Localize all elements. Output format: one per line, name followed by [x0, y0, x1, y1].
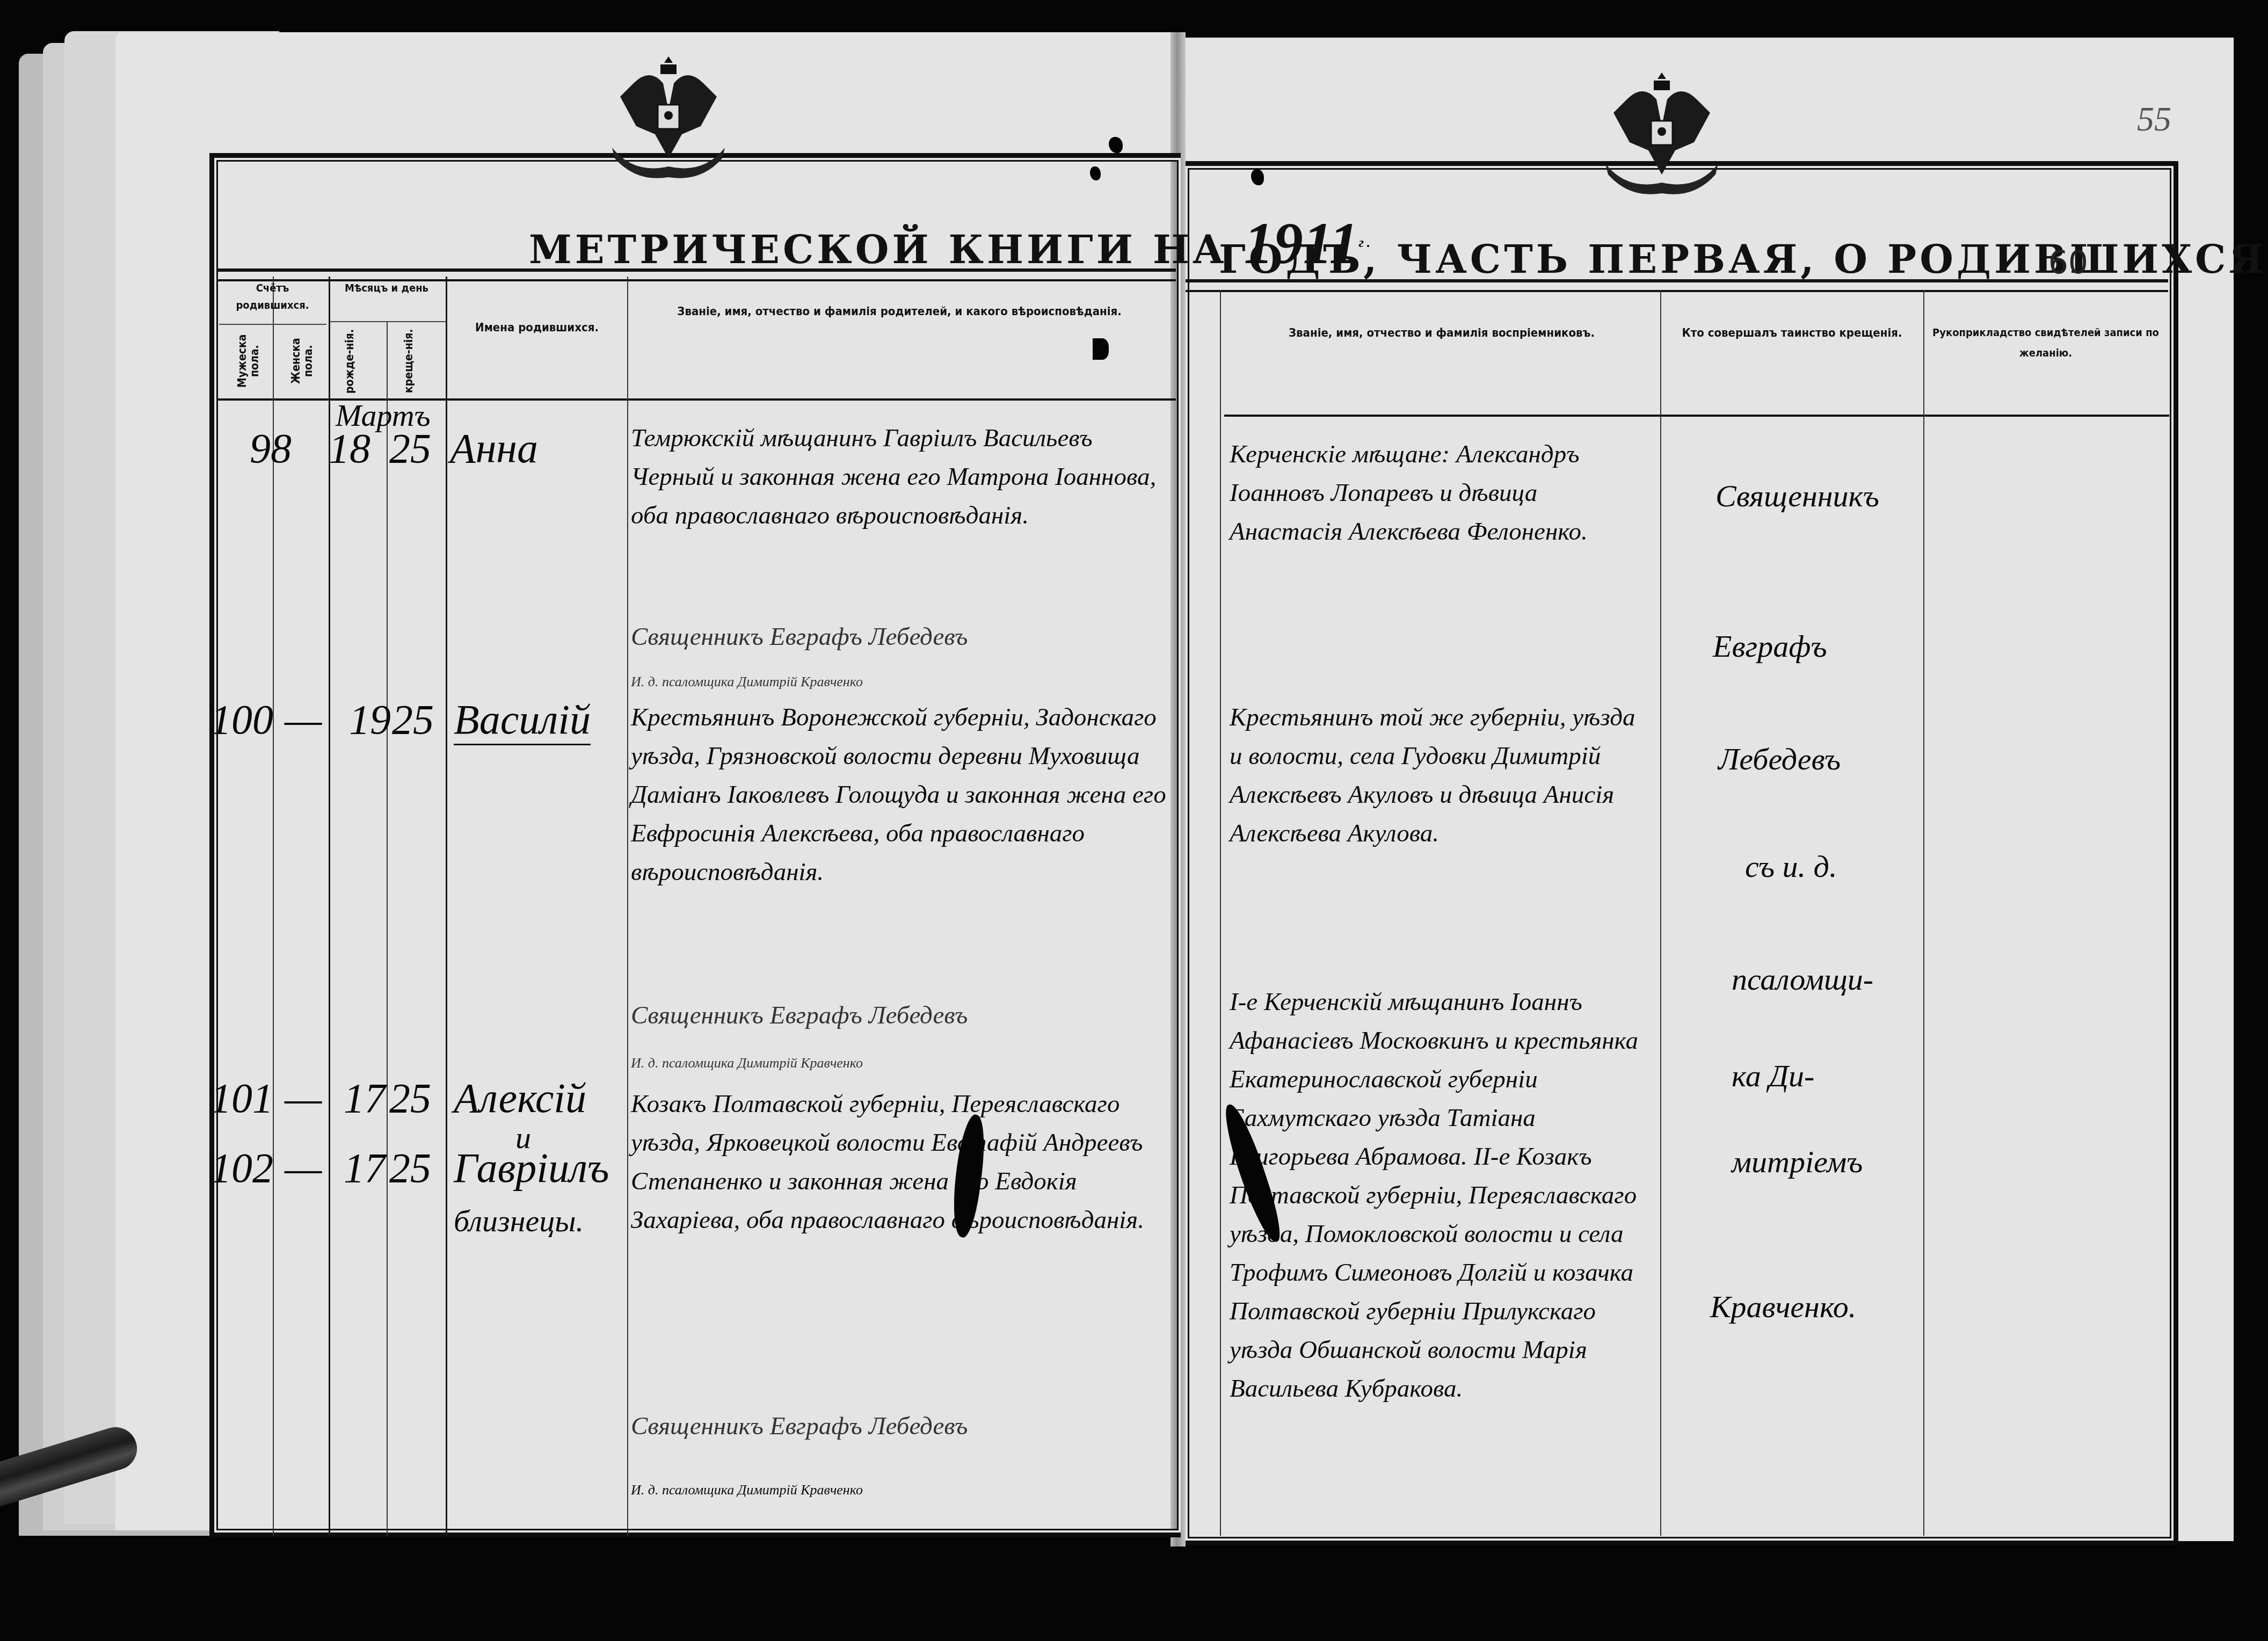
officiant-line-2: Евграфъ	[1713, 628, 1827, 664]
header-names: Имена родившихся.	[448, 317, 626, 339]
subheader-divider	[219, 324, 326, 325]
page-title-right: ГОДЪ, ЧАСТЬ ПЕРВАЯ, О РОДИВШИХСЯ.	[1219, 236, 2268, 282]
entry-102-male-no: 102	[210, 1144, 273, 1192]
entry-100-name: Василій	[454, 695, 591, 745]
entry-101-born: 17	[344, 1074, 386, 1122]
officiant-line-8: Кравченко.	[1710, 1289, 1856, 1325]
double-headed-eagle-icon	[601, 46, 736, 185]
col-divider	[1220, 290, 1221, 1536]
entry-100-male-no: 100	[210, 695, 273, 744]
header-date-birth: рожде-нія.	[344, 328, 356, 395]
entry-102-baptized: 25	[389, 1144, 431, 1192]
entry-100-note: И. д. псаломщика Димитрій Кравченко	[631, 674, 863, 690]
entry-101-male-no: 101	[210, 1074, 273, 1122]
bookmark-flag	[1093, 338, 1109, 360]
col-divider	[446, 277, 447, 1536]
ink-blot	[1109, 137, 1123, 153]
header-witnesses: Рукоприкладство свидѣтелей записи по жел…	[1928, 322, 2164, 363]
header-count-female: Женска пола.	[290, 328, 315, 395]
header-godparents: Званіе, имя, отчество и фамилія воспріем…	[1230, 322, 1654, 345]
subheader-divider	[330, 321, 446, 322]
col-divider	[1923, 290, 1924, 1536]
entry-98-godparents: Керченскіе мѣщане: Александръ Іоанновъ Л…	[1230, 435, 1654, 551]
entry-100-baptized: 25	[392, 695, 434, 744]
entry-100-godparents: Крестьянинъ той же губерніи, уѣзда и вол…	[1230, 698, 1654, 853]
entry-98-baptized: 25	[389, 424, 431, 473]
title-left-text: МЕТРИЧЕСКОЙ КНИГИ НА	[529, 227, 1227, 272]
ink-blot	[1251, 169, 1264, 185]
entry-101-godparents: I-е Керченскій мѣщанинъ Іоаннъ Афанасіев…	[1230, 983, 1654, 1408]
pencil-page-number: 55	[2137, 99, 2171, 139]
entry-101-signature2: И. д. псаломщика Димитрій Кравченко	[631, 1482, 863, 1498]
entry-102-name: Гавріилъ	[454, 1144, 609, 1192]
entry-102-twins-note: близнецы.	[454, 1203, 584, 1239]
header-parents: Званіе, имя, отчество и фамилія родителе…	[631, 301, 1168, 323]
entry-98-signature: Священникъ Евграфъ Лебедевъ	[631, 618, 1168, 656]
entry-101-parents: Козакъ Полтавской губерніи, Переяславска…	[631, 1085, 1168, 1239]
header-rule-right	[1186, 279, 2168, 292]
entry-101-female-no: —	[285, 1074, 322, 1122]
officiant-line-6: ка Ди-	[1732, 1058, 1814, 1094]
header-date-group: Мѣсяцъ и день	[344, 279, 430, 296]
entry-101-name: Алексій	[454, 1074, 586, 1122]
entry-98-name: Анна	[450, 424, 538, 473]
ink-blot	[1090, 166, 1101, 180]
imperial-eagle-emblem-left	[601, 46, 736, 185]
officiant-line-5: псаломщи-	[1732, 961, 1873, 997]
double-headed-eagle-icon	[1595, 62, 1729, 201]
header-count-male: Мужеска пола.	[236, 328, 261, 395]
entry-100-signature: Священникъ Евграфъ Лебедевъ	[631, 996, 1168, 1035]
officiant-line-3: Лебедевъ	[1718, 741, 1841, 777]
col-divider	[1660, 290, 1661, 1536]
officiant-line-7: митріемъ	[1732, 1144, 1863, 1180]
entry-100-parents: Крестьянинъ Воронежской губерніи, Задонс…	[631, 698, 1168, 891]
header-count-group: Счётъ родившихся.	[220, 279, 325, 314]
entry-102-female-no: —	[285, 1144, 322, 1192]
entry-100-female-no: —	[285, 695, 322, 744]
page-number: 60	[2048, 244, 2088, 281]
entry-100-born: 19	[349, 695, 391, 744]
imperial-eagle-emblem-right	[1595, 62, 1729, 201]
col-divider	[387, 322, 388, 1536]
officiant-line-1: Священникъ	[1715, 478, 1879, 514]
entry-101-note: И. д. псаломщика Димитрій Кравченко	[631, 1055, 863, 1071]
entry-98-parents: Темрюкскій мѣщанинъ Гавріилъ Васильевъ Ч…	[631, 419, 1168, 535]
entry-101-baptized: 25	[389, 1074, 431, 1122]
entry-98-born: 18	[329, 424, 370, 473]
col-divider	[627, 277, 628, 1536]
column-header-bottom-right	[1224, 415, 2169, 417]
entry-98-female-no: 98	[250, 424, 292, 473]
entry-102-born: 17	[344, 1144, 386, 1192]
header-officiant: Кто совершалъ таинство крещенія.	[1664, 322, 1920, 345]
header-date-baptism: креще-нія.	[403, 328, 415, 395]
officiant-line-4: съ и. д.	[1745, 848, 1837, 884]
title-right-text: ГОДЪ, ЧАСТЬ ПЕРВАЯ, О РОДИВШИХСЯ.	[1219, 236, 2268, 282]
entry-101-signature: Священникъ Евграфъ Лебедевъ	[631, 1407, 1168, 1446]
